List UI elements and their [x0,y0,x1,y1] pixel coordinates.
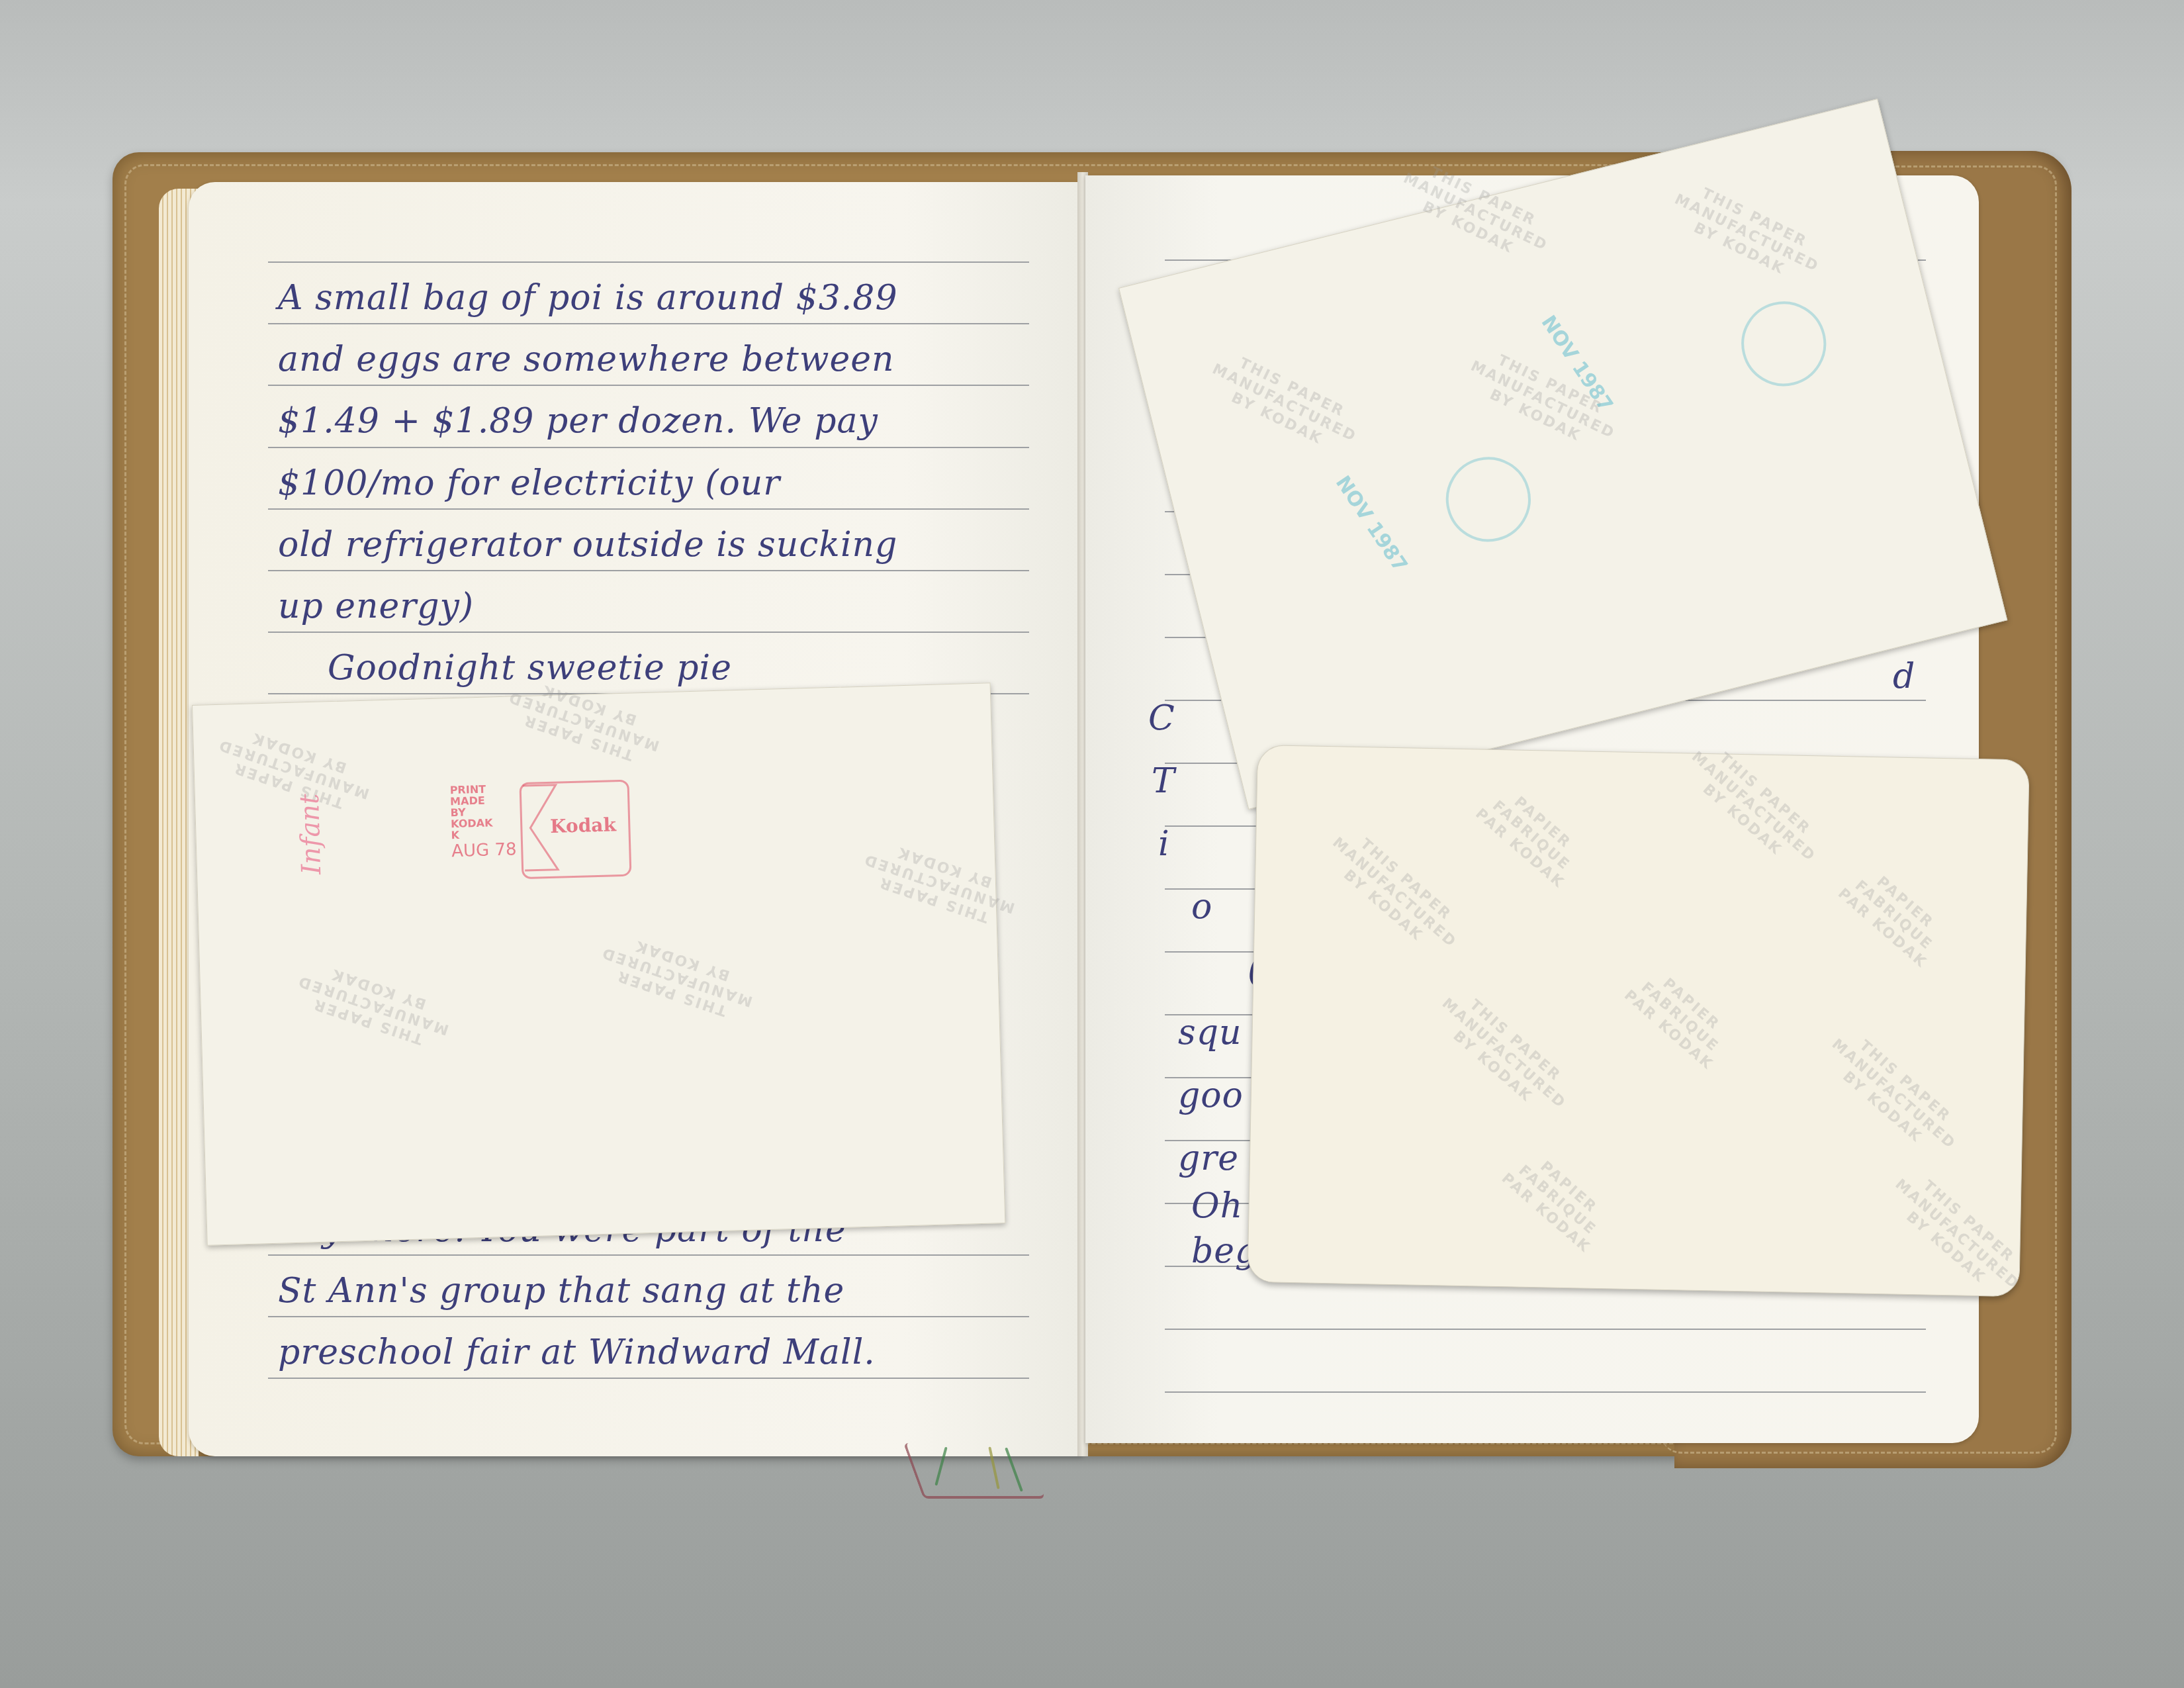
journal-line: St Ann's group that sang at the [278,1271,844,1311]
photo-left[interactable]: THIS PAPER MANUFACTURED BY KODAK THIS PA… [192,682,1005,1245]
photo-watermark-fr: PAPIER FABRIQUE PAR KODAK [1835,859,1953,972]
journal-line: and eggs are somewhere between [278,340,895,379]
photo-watermark-fr: PAPIER FABRIQUE PAR KODAK [1498,1145,1616,1257]
photo-watermark: THIS PAPER MANUFACTURED BY KODAK [1664,175,1829,291]
binding-thread [903,1443,1046,1499]
photo-watermark: THIS PAPER MANUFACTURED BY KODAK [210,719,377,818]
photo-watermark: THIS PAPER MANUFACTURED BY KODAK [290,955,457,1055]
photo-watermark-en: THIS PAPER MANUFACTURED BY KODAK [1880,1163,2034,1307]
lab-seal-icon [1733,293,1835,395]
photo-watermark-en: THIS PAPER MANUFACTURED BY KODAK [1318,821,1471,965]
print-date: AUG 78 [451,844,517,857]
photo-watermark-fr: PAPIER FABRIQUE PAR KODAK [1472,780,1590,892]
journal-fragment: goo [1178,1076,1244,1115]
kodak-logo-text: Kodak [550,814,616,837]
photo-watermark-en: THIS PAPER MANUFACTURED BY KODAK [1676,735,1830,879]
journal-line: preschool fair at Windward Mall. [278,1333,876,1372]
photo-watermark: THIS PAPER MANUFACTURED BY KODAK [1202,346,1367,461]
journal-fragment: T [1152,761,1175,801]
kodak-logo: Kodak [519,780,631,880]
photo-watermark: THIS PAPER MANUFACTURED BY KODAK [594,927,760,1026]
journal-fragment: Oh [1191,1186,1243,1226]
kodak-print-stamp: PRINT MADE BY KODAK K AUG 78 [450,782,517,857]
journal-fragment: squ [1178,1013,1242,1053]
photo-watermark-en: THIS PAPER MANUFACTURED BY KODAK [1427,982,1580,1126]
photo-front[interactable]: PAPIER FABRIQUE PAR KODAK THIS PAPER MAN… [1247,745,2029,1297]
lab-seal-icon [1437,448,1539,551]
journal-line: A small bag of poi is around $3.89 [278,278,897,318]
pink-handwritten-note: Infant [295,793,327,874]
journal-fragment: o [1191,887,1212,927]
journal-fragment: gre [1178,1139,1239,1178]
photo-watermark-fr: PAPIER FABRIQUE PAR KODAK [1620,961,1739,1074]
journal-line: $1.49 + $1.89 per dozen. We pay [278,401,878,441]
journal-line: old refrigerator outside is sucking [278,525,897,565]
journal-fragment: i [1158,824,1170,864]
journal-line: d [1893,657,1915,696]
journal-line: up energy) [278,586,474,626]
photo-watermark-en: THIS PAPER MANUFACTURED BY KODAK [1817,1023,1970,1166]
date-stamp: NOV 1987 [1331,472,1412,577]
journal-fragment: C [1148,698,1175,738]
journal-line: $100/mo for electricity (our [278,463,780,503]
